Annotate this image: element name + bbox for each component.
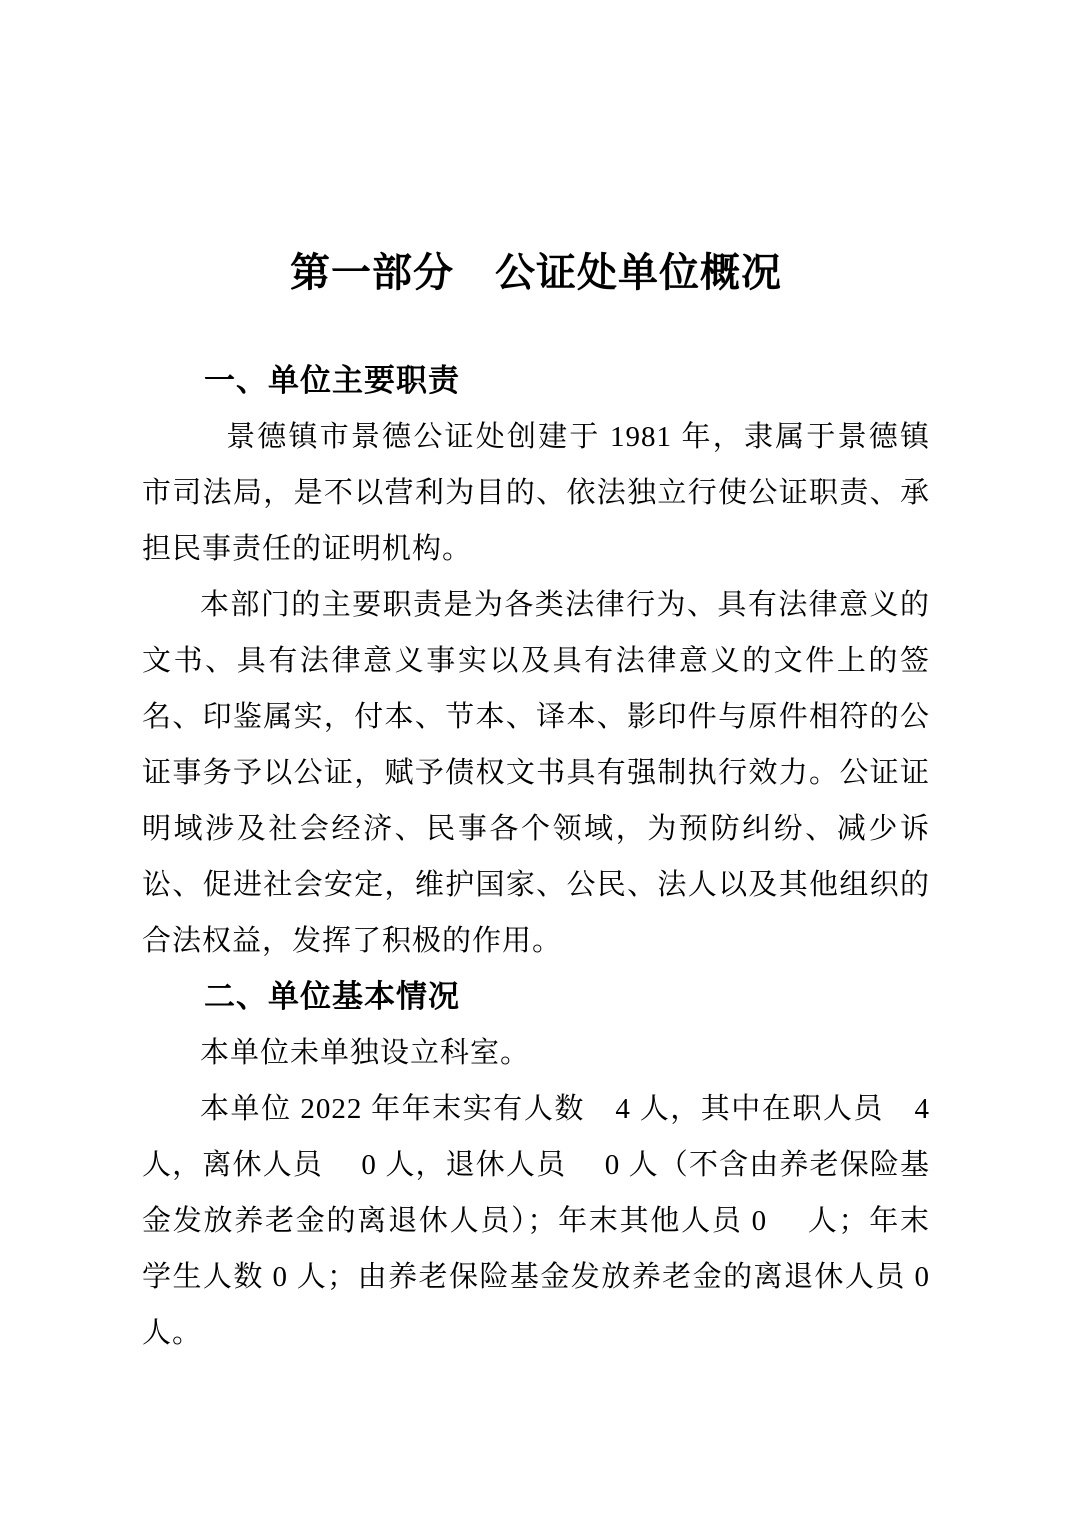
section-heading-unit-basics: 二、单位基本情况 bbox=[142, 969, 930, 1025]
section-unit-basics: 二、单位基本情况 本单位未单独设立科室。 本单位 2022 年年末实有人数 4 … bbox=[142, 969, 930, 1361]
document-title: 第一部分 公证处单位概况 bbox=[142, 245, 930, 301]
paragraph-unit-duties-detail: 本部门的主要职责是为各类法律行为、具有法律意义的文书、具有法律意义事实以及具有法… bbox=[142, 577, 930, 969]
paragraph-unit-structure: 本单位未单独设立科室。 bbox=[142, 1025, 930, 1081]
document-page: 第一部分 公证处单位概况 一、单位主要职责 景德镇市景德公证处创建于 1981 … bbox=[0, 0, 1074, 1520]
section-heading-unit-duties: 一、单位主要职责 bbox=[142, 353, 930, 409]
section-unit-duties: 一、单位主要职责 景德镇市景德公证处创建于 1981 年，隶属于景德镇市司法局，… bbox=[142, 353, 930, 969]
paragraph-unit-history: 景德镇市景德公证处创建于 1981 年，隶属于景德镇市司法局，是不以营利为目的、… bbox=[142, 409, 930, 577]
paragraph-unit-staffing: 本单位 2022 年年末实有人数 4 人，其中在职人员 4 人，离休人员 0 人… bbox=[142, 1081, 930, 1361]
